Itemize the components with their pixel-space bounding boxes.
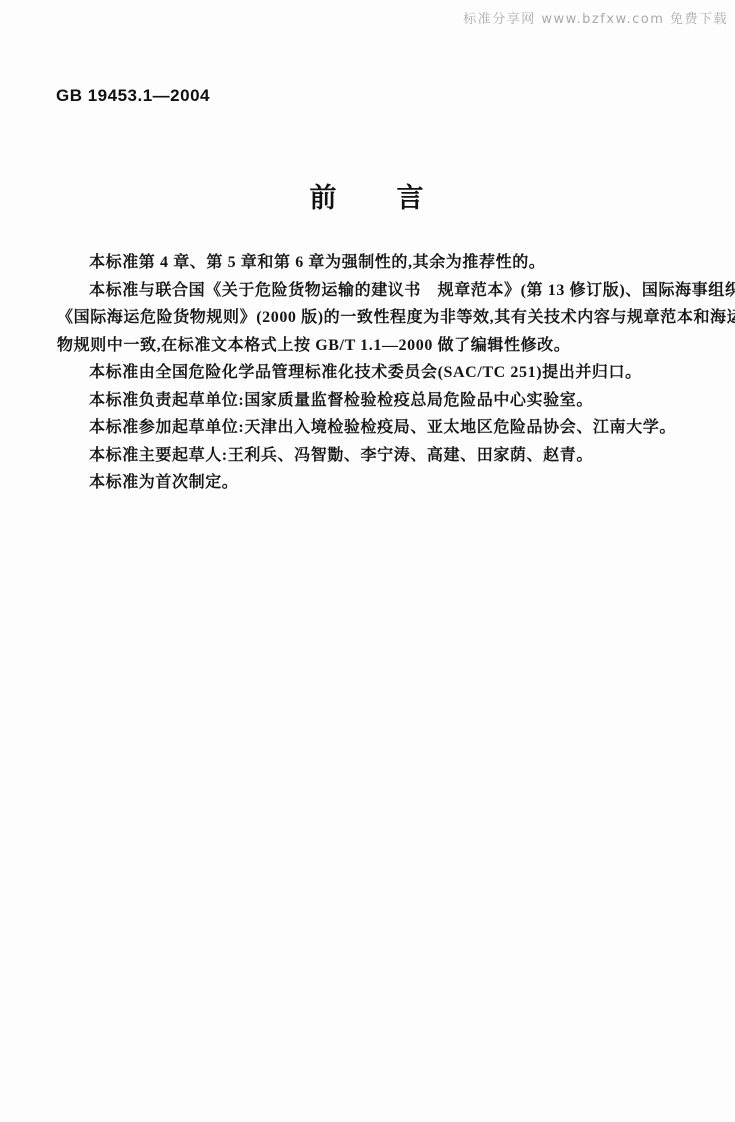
watermark-text: 标准分享网 www.bzfxw.com 免费下载 xyxy=(463,8,728,27)
foreword-line: 本标准与联合国《关于危险货物运输的建议书 规章范本》(第 13 修订版)、国际海… xyxy=(57,277,699,305)
foreword-line: 《国际海运危险货物规则》(2000 版)的一致性程度为非等效,其有关技术内容与规… xyxy=(57,304,699,332)
foreword-line: 本标准负责起草单位:国家质量监督检验检疫总局危险品中心实验室。 xyxy=(57,387,699,415)
foreword-line: 本标准由全国危险化学品管理标准化技术委员会(SAC/TC 251)提出并归口。 xyxy=(57,359,699,387)
document-page: 标准分享网 www.bzfxw.com 免费下载 GB 19453.1—2004… xyxy=(0,0,735,1122)
standard-number: GB 19453.1—2004 xyxy=(56,86,210,106)
foreword-body: 本标准第 4 章、第 5 章和第 6 章为强制性的,其余为推荐性的。 本标准与联… xyxy=(57,249,699,497)
foreword-line: 本标准第 4 章、第 5 章和第 6 章为强制性的,其余为推荐性的。 xyxy=(57,249,699,277)
foreword-line: 本标准参加起草单位:天津出入境检验检疫局、亚太地区危险品协会、江南大学。 xyxy=(57,414,699,442)
foreword-line: 本标准为首次制定。 xyxy=(57,469,699,497)
foreword-line: 本标准主要起草人:王利兵、冯智勚、李宁涛、高建、田家荫、赵青。 xyxy=(57,442,699,470)
page-title: 前 言 xyxy=(0,176,735,215)
foreword-line: 物规则中一致,在标准文本格式上按 GB/T 1.1—2000 做了编辑性修改。 xyxy=(57,332,699,360)
